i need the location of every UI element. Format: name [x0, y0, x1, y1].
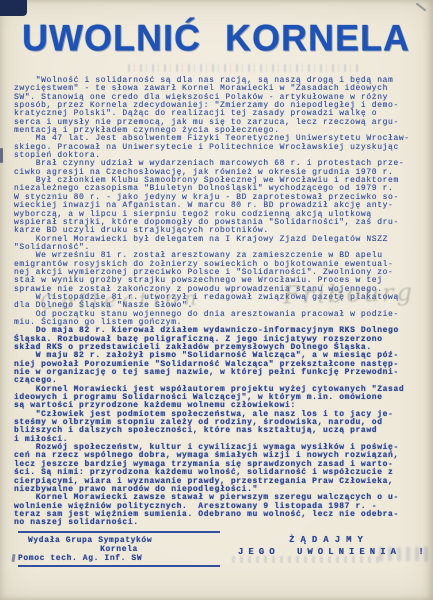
- scan-corner-artifact: [0, 0, 27, 16]
- paragraph-march-68: Brał czynny udział w wydarzeniach marcow…: [14, 160, 421, 177]
- publisher-block: Wydała Grupa Sympatyków Kornela Pomoc te…: [18, 531, 220, 567]
- paragraph-intro-quote: "Wolność i solidarność są dla nas racją,…: [14, 77, 421, 135]
- ink-speck: [11, 554, 15, 562]
- publisher-line-3: Pomoc tech. Ag. Inf. SW: [18, 554, 220, 567]
- document-body: "Wolność i solidarność są dla nas racją,…: [14, 77, 421, 528]
- paragraph-arrest-81: We wrześniu 81 r. został aresztowany za …: [14, 252, 421, 294]
- paragraph-underground: Od początku stanu wojennego do dnia ares…: [14, 311, 421, 328]
- leaflet-page: UWOLNIĆ KORNELA !! "Wolność i solidarnoś…: [0, 0, 433, 600]
- offset-ghost-bottom-middle: [232, 556, 382, 563]
- paragraph-solidarnosc-walczaca: W maju 82 r. założył pismo "Solidarność …: [14, 352, 421, 385]
- demand-line-1: ŻĄDAJMY: [238, 534, 420, 546]
- paragraph-delegate: Kornel Morawiecki był delegatem na I Kra…: [14, 236, 421, 253]
- paragraph-nasze-slowo: W listopadzie 81 r. utworzył i redagował…: [14, 294, 421, 311]
- paragraph-arrest-87: Kornel Morawiecki zawsze stawał w pierws…: [14, 494, 421, 527]
- page-title: UWOLNIĆ KORNELA !!: [22, 17, 429, 59]
- paragraph-biuletyn-dolnoslaski: Był członkiem Klubu Samoobrony Społeczne…: [14, 177, 421, 235]
- print-ghost-artifact: [128, 64, 358, 72]
- paragraph-rks: Do maja 82 r. kierował działem wydawnicz…: [14, 327, 421, 352]
- scratch-mark: [416, 3, 427, 12]
- paragraph-czlowiek-quote: "Człowiek jest podmiotem społeczeństwa, …: [14, 411, 421, 444]
- paragraph-coauthor: Kornel Morawiecki jest współautorem proj…: [14, 386, 421, 411]
- paragraph-values-quote: Rozwój społeczeństw, kultur i cywilizacj…: [14, 444, 421, 494]
- offset-ghost-bottom-right: [379, 547, 431, 561]
- publisher-line-1: Wydała Grupa Sympatyków: [18, 536, 220, 545]
- edge-mark: [0, 148, 3, 163]
- paragraph-biography-age: Ma 47 lat. Jest absolwentem Fizyki Teore…: [14, 135, 421, 160]
- publisher-line-2: Kornela: [18, 545, 220, 554]
